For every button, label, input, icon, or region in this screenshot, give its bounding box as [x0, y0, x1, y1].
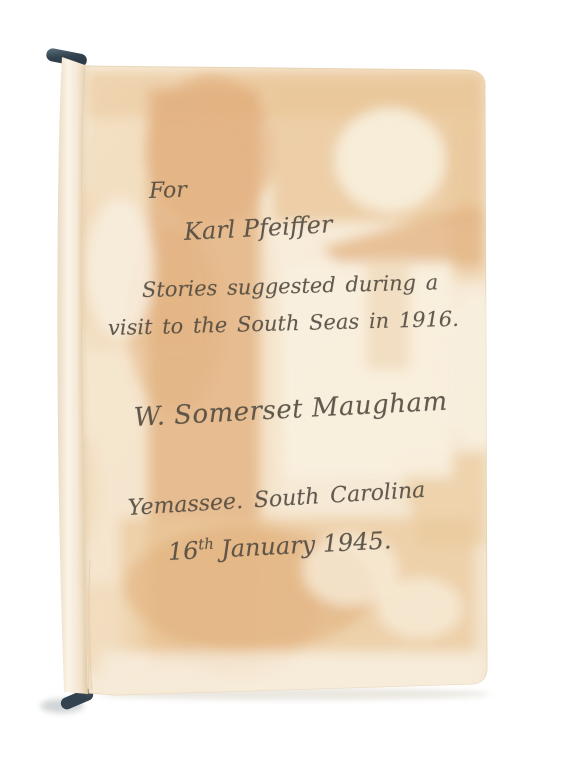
book-photo: For Karl Pfeiffer Stories suggested duri…	[0, 0, 574, 770]
book-endpaper-art	[0, 0, 574, 770]
foxing-stains	[35, 70, 512, 730]
